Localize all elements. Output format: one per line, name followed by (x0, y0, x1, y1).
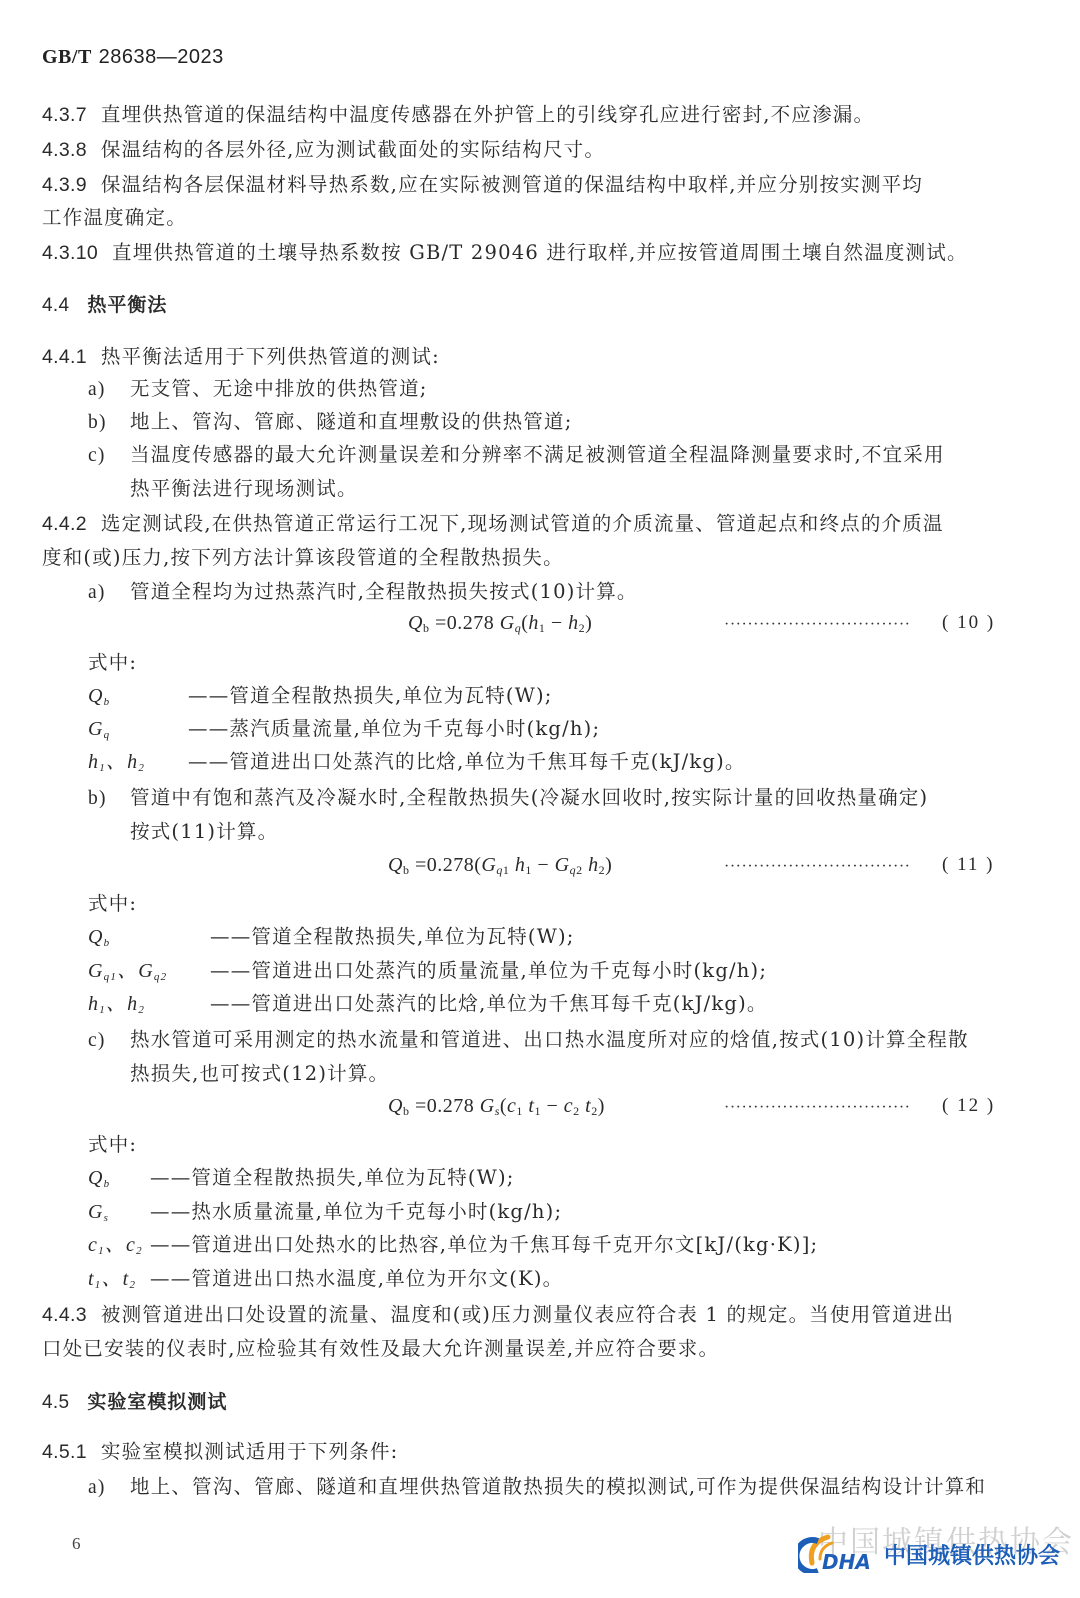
list-item-c-cont: 热平衡法进行现场测试。 (130, 474, 358, 504)
definition-qb: Qb——管道全程散热损失,单位为瓦特(W); (88, 1163, 515, 1199)
standard-prefix: GB/T (42, 46, 92, 68)
list-item-c: c)当温度传感器的最大允许测量误差和分辨率不满足被测管道全程温降测量要求时,不宜… (88, 440, 945, 471)
equation-number-12: ( 12 ) (942, 1095, 995, 1117)
watermark-org-name: 中国城镇供热协会 (884, 1539, 1060, 1570)
page-number: 6 (72, 1534, 81, 1554)
clause-4-3-7: 4.3.7直埋供热管道的保温结构中温度传感器在外护管上的引线穿孔应进行密封,不应… (42, 100, 874, 130)
formula-10: Qb =0.278 Gq(h1 − h2) (408, 612, 592, 636)
definition-gq: Gq——蒸汽质量流量,单位为千克每小时(kg/h); (88, 714, 600, 750)
method-c: c)热水管道可采用测定的热水流量和管道进、出口热水温度所对应的焓值,按式(10)… (88, 1025, 969, 1056)
clause-4-3-8: 4.3.8保温结构的各层外径,应为测试截面处的实际结构尺寸。 (42, 135, 605, 165)
clause-4-4-3-cont: 口处已安装的仪表时,应检验其有效性及最大允许测量误差,并应符合要求。 (42, 1334, 719, 1364)
method-b: b)管道中有饱和蒸汽及冷凝水时,全程散热损失(冷凝水回收时,按实际计量的回收热量… (88, 783, 928, 814)
section-heading-4-5: 4.5实验室模拟测试 (42, 1387, 227, 1414)
where-label: 式中: (88, 648, 137, 678)
definition-h1-h2: h1、h2——管道进出口处蒸汽的比焓,单位为千焦耳每千克(kJ/kg)。 (88, 989, 768, 1025)
definition-qb: Qb——管道全程散热损失,单位为瓦特(W); (88, 922, 575, 958)
section-heading-4-4: 4.4热平衡法 (42, 290, 167, 317)
clause-4-4-2-cont: 度和(或)压力,按下列方法计算该段管道的全程散热损失。 (42, 543, 564, 573)
standard-header: GB/T 28638—2023 (42, 44, 224, 69)
leader-dots: ································ (724, 1099, 911, 1117)
where-label: 式中: (88, 889, 137, 919)
cdha-logo-icon: DHA (798, 1533, 882, 1573)
formula-11: Qb =0.278(Gq1 h1 − Gq2 h2) (388, 854, 612, 878)
definition-t1-t2: t1、t2——管道进出口热水温度,单位为开尔文(K)。 (88, 1264, 563, 1300)
clause-4-3-9: 4.3.9保温结构各层保温材料导热系数,应在实际被测管道的保温结构中取样,并应分… (42, 170, 923, 200)
definition-h1-h2: h1、h2——管道进出口处蒸汽的比焓,单位为千焦耳每千克(kJ/kg)。 (88, 747, 746, 783)
svg-text:DHA: DHA (822, 1550, 871, 1573)
method-c-cont: 热损失,也可按式(12)计算。 (130, 1059, 389, 1089)
formula-12: Qb =0.278 Gs(c1 t1 − c2 t2) (388, 1095, 605, 1119)
method-a: a)管道全程均为过热蒸汽时,全程散热损失按式(10)计算。 (88, 577, 638, 608)
clause-4-4-1: 4.4.1热平衡法适用于下列供热管道的测试: (42, 342, 440, 372)
leader-dots: ································ (724, 616, 911, 634)
leader-dots: ································ (724, 858, 911, 876)
list-item-a: a)地上、管沟、管廊、隧道和直埋供热管道散热损失的模拟测试,可作为提供保温结构设… (88, 1472, 986, 1503)
clause-4-4-2: 4.4.2选定测试段,在供热管道正常运行工况下,现场测试管道的介质流量、管道起点… (42, 509, 944, 539)
clause-4-3-9-cont: 工作温度确定。 (42, 203, 187, 233)
method-b-cont: 按式(11)计算。 (130, 817, 278, 847)
equation-number-11: ( 11 ) (942, 854, 994, 876)
definition-gs: Gs——热水质量流量,单位为千克每小时(kg/h); (88, 1197, 562, 1233)
standard-number: 28638—2023 (99, 46, 224, 68)
definition-qb: Qb——管道全程散热损失,单位为瓦特(W); (88, 681, 553, 717)
list-item-b: b)地上、管沟、管廊、隧道和直埋敷设的供热管道; (88, 407, 572, 438)
clause-4-3-10: 4.3.10直埋供热管道的土壤导热系数按 GB/T 29046 进行取样,并应按… (42, 238, 968, 268)
equation-number-10: ( 10 ) (942, 612, 995, 634)
list-item-a: a)无支管、无途中排放的供热管道; (88, 374, 428, 405)
definition-c1-c2: c1、c2——管道进出口处热水的比热容,单位为千焦耳每千克开尔文[kJ/(kg·… (88, 1230, 818, 1266)
clause-4-5-1: 4.5.1实验室模拟测试适用于下列条件: (42, 1437, 398, 1467)
definition-gq1-gq2: Gq1、Gq2——管道进出口处蒸汽的质量流量,单位为千克每小时(kg/h); (88, 956, 767, 992)
clause-4-4-3: 4.4.3被测管道进出口处设置的流量、温度和(或)压力测量仪表应符合表 1 的规… (42, 1300, 954, 1330)
where-label: 式中: (88, 1130, 137, 1160)
